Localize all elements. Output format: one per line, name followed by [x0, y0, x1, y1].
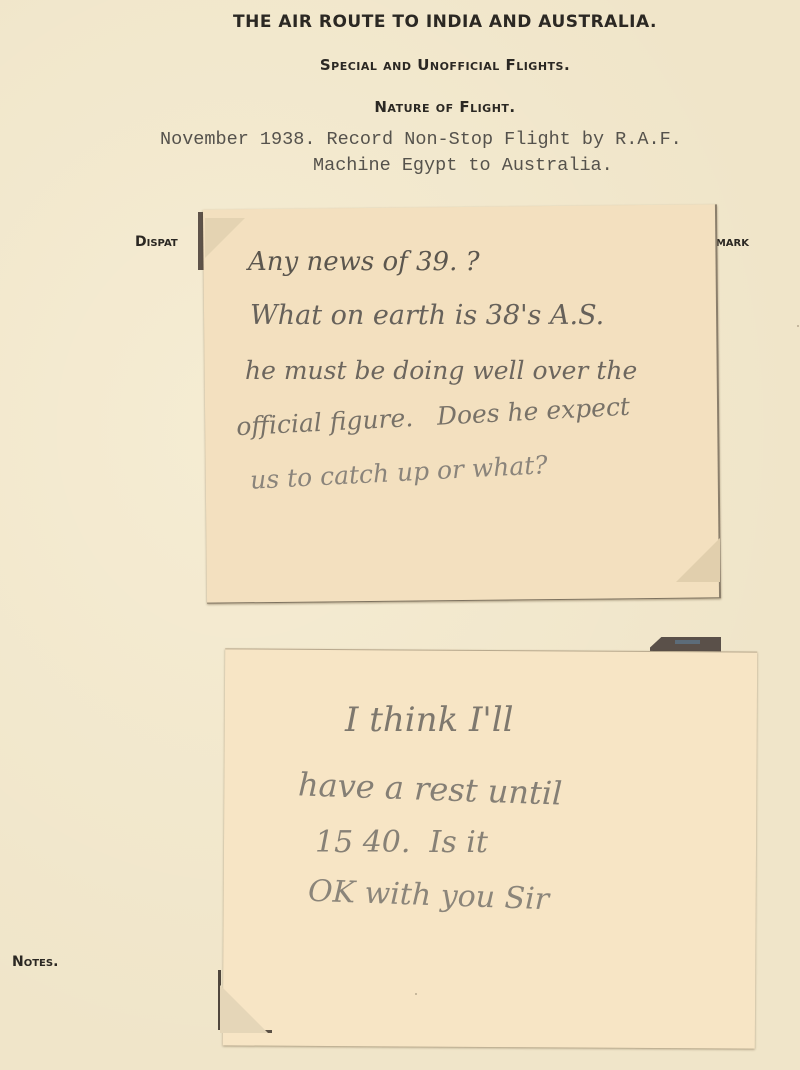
dispatch-label: Dispat	[135, 234, 178, 250]
paper-speck	[415, 993, 417, 995]
page-title: THE AIR ROUTE TO INDIA AND AUSTRALIA.	[0, 12, 800, 32]
paper-speck	[797, 325, 799, 327]
handwritten-line: 15 40. Is it	[315, 825, 488, 860]
page-subtitle: Special and Unofficial Flights.	[0, 56, 800, 74]
typed-description-line-2: Machine Egypt to Australia.	[313, 155, 613, 176]
nature-of-flight-heading: Nature of Flight.	[0, 98, 800, 116]
handwritten-line: he must be doing well over the	[245, 356, 637, 385]
notes-label: Notes.	[12, 954, 58, 970]
typed-description-line-1: November 1938. Record Non-Stop Flight by…	[160, 129, 682, 150]
handwritten-line: What on earth is 38's A.S.	[250, 300, 604, 331]
handwritten-line: Any news of 39. ?	[248, 247, 480, 277]
tab-highlight	[675, 640, 700, 644]
handwritten-line: I think I'll	[345, 700, 514, 740]
